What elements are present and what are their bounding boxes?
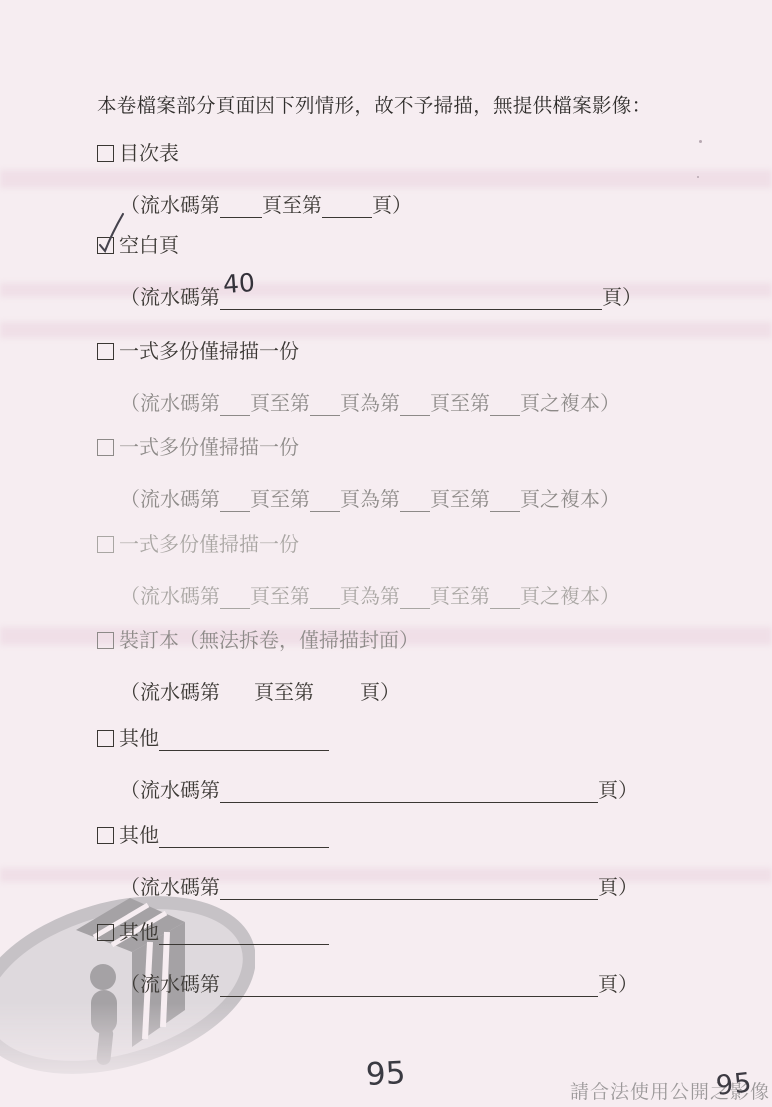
subline-text: （流水碼第	[120, 285, 220, 309]
subline-text: 頁至第	[250, 391, 310, 415]
checkbox-unchecked	[97, 924, 114, 941]
blank-line	[490, 588, 520, 609]
subline-text: （流水碼第	[120, 875, 220, 899]
serial-number-range-line: （流水碼第頁至第頁為第頁至第頁之複本）	[120, 390, 620, 416]
item-label: 裝訂本（無法拆卷，僅掃描封面）	[119, 628, 419, 652]
item-label: 目次表	[119, 141, 179, 165]
blank-line	[310, 395, 340, 416]
form-item-row: 其他	[97, 822, 329, 848]
subline-text: 頁之複本）	[520, 584, 620, 608]
scan-speck	[697, 176, 699, 178]
item-label: 一式多份僅掃描一份	[119, 339, 299, 363]
checkbox-unchecked	[97, 730, 114, 747]
blank-line	[220, 588, 250, 609]
blank-line	[322, 197, 372, 218]
subline-text: 頁為第	[340, 391, 400, 415]
subline-text: 頁）	[598, 972, 638, 996]
subline-text: 頁至第	[262, 193, 322, 217]
checkbox-unchecked	[97, 827, 114, 844]
checkbox-unchecked	[97, 343, 114, 360]
subline-text: 頁）	[602, 285, 642, 309]
form-item-row: 空白頁	[97, 232, 179, 258]
blank-line	[159, 827, 329, 848]
form-item-row: 目次表	[97, 140, 179, 166]
form-item-row: 一式多份僅掃描一份	[97, 434, 299, 460]
form-item-row: 一式多份僅掃描一份	[97, 338, 299, 364]
checkbox-unchecked	[97, 536, 114, 553]
subline-text: 頁至第	[430, 584, 490, 608]
subline-text: 頁為第	[340, 584, 400, 608]
subline-text: 頁至第	[250, 584, 310, 608]
scan-speck	[699, 140, 702, 143]
form-item-row: 裝訂本（無法拆卷，僅掃描封面）	[97, 627, 419, 653]
subline-text: 頁至第	[254, 680, 314, 704]
subline-text: 頁）	[372, 193, 412, 217]
subline-text: 頁至第	[250, 487, 310, 511]
blank-line	[159, 924, 329, 945]
blank-line	[400, 491, 430, 512]
blank-line	[220, 782, 598, 803]
serial-number-range-line: （流水碼第頁至第頁）	[120, 679, 400, 705]
handwritten-value: 40	[222, 270, 256, 298]
blank-line	[220, 395, 250, 416]
blank-line	[490, 491, 520, 512]
subline-text: 頁為第	[340, 487, 400, 511]
scanned-form-page: 本卷檔案部分頁面因下列情形，故不予掃描，無提供檔案影像： 目次表（流水碼第頁至第…	[0, 0, 772, 1107]
blank-line	[220, 197, 262, 218]
subline-text: 頁至第	[430, 391, 490, 415]
blank-line	[220, 491, 250, 512]
subline-text: 頁至第	[430, 487, 490, 511]
blank-line	[159, 730, 329, 751]
subline-text: （流水碼第	[120, 584, 220, 608]
checkbox-unchecked	[97, 439, 114, 456]
subline-text: （流水碼第	[120, 972, 220, 996]
serial-number-range-line: （流水碼第頁至第頁）	[120, 192, 412, 218]
blank-line	[310, 588, 340, 609]
item-label: 一式多份僅掃描一份	[119, 435, 299, 459]
item-label: 其他	[119, 920, 159, 944]
item-label: 一式多份僅掃描一份	[119, 532, 299, 556]
blank-line	[490, 395, 520, 416]
serial-number-range-line: （流水碼第頁）	[120, 777, 638, 803]
subline-text: （流水碼第	[120, 487, 220, 511]
handwritten-check-mark	[94, 211, 130, 257]
subline-text: 頁之複本）	[520, 487, 620, 511]
form-item-row: 其他	[97, 919, 329, 945]
checkbox-unchecked	[97, 145, 114, 162]
item-label: 其他	[119, 726, 159, 750]
serial-number-range-line: （流水碼第40頁）	[120, 284, 642, 310]
handwritten-page-number: 95	[365, 1055, 406, 1093]
serial-number-range-line: （流水碼第頁）	[120, 971, 638, 997]
subline-text: （流水碼第	[120, 193, 220, 217]
serial-number-range-line: （流水碼第頁）	[120, 874, 638, 900]
serial-number-range-line: （流水碼第頁至第頁為第頁至第頁之複本）	[120, 486, 620, 512]
checkbox-checked	[97, 237, 114, 254]
blank-line: 40	[220, 289, 602, 310]
form-item-row: 一式多份僅掃描一份	[97, 531, 299, 557]
scan-artifact-band	[0, 322, 772, 338]
item-label: 其他	[119, 823, 159, 847]
subline-text: （流水碼第	[120, 391, 220, 415]
handwritten-page-number-overlap: 95	[714, 1067, 753, 1102]
subline-text: 頁之複本）	[520, 391, 620, 415]
serial-number-range-line: （流水碼第頁至第頁為第頁至第頁之複本）	[120, 583, 620, 609]
scan-artifact-band	[0, 170, 772, 188]
form-item-row: 其他	[97, 725, 329, 751]
form-title: 本卷檔案部分頁面因下列情形，故不予掃描，無提供檔案影像：	[97, 90, 651, 118]
blank-line	[220, 879, 598, 900]
checkbox-unchecked	[97, 632, 114, 649]
blank-line	[400, 588, 430, 609]
subline-text: 頁）	[598, 778, 638, 802]
blank-line	[220, 976, 598, 997]
blank-line	[400, 395, 430, 416]
subline-text: 頁）	[360, 680, 400, 704]
blank-line	[310, 491, 340, 512]
usage-notice-watermark: 請合法使用公開之影像 95	[570, 1077, 770, 1104]
subline-text: 頁）	[598, 875, 638, 899]
subline-text: （流水碼第	[120, 680, 220, 704]
subline-text: （流水碼第	[120, 778, 220, 802]
